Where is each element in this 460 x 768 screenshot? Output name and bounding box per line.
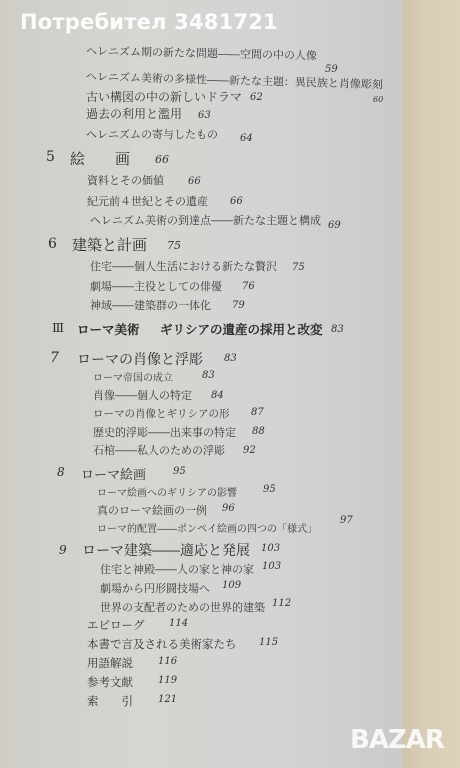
toc-entry: ヘレニズム期の新たな問題――空間の中の人像 bbox=[86, 43, 317, 64]
page-number: 75 bbox=[167, 239, 181, 252]
toc-entry: ローマ絵画へのギリシアの影響 bbox=[97, 484, 237, 499]
page-number: 112 bbox=[272, 598, 291, 609]
page-number: 121 bbox=[158, 694, 177, 705]
page-number: 103 bbox=[262, 561, 281, 572]
toc-entry: 参考文献 bbox=[87, 674, 133, 690]
toc-entry: ローマ的配置――ポンペイ絵画の四つの「様式」 bbox=[97, 520, 317, 535]
page-number: 62 bbox=[250, 92, 263, 103]
chapter-number: 9 bbox=[59, 543, 67, 557]
toc-entry: 紀元前４世紀とその遺産 bbox=[87, 193, 208, 209]
page-number: 97 bbox=[340, 515, 353, 526]
toc-entry: 石棺――私人のための浮彫 bbox=[93, 442, 225, 458]
chapter-title: ローマ建築――適応と発展 bbox=[82, 540, 250, 560]
page-number: 83 bbox=[224, 353, 237, 364]
toc-entry: 歴史的浮彫――出来事の特定 bbox=[93, 424, 236, 440]
chapter-title: ローマの肖像と浮彫 bbox=[77, 349, 203, 369]
toc-entry: 索 引 bbox=[87, 693, 133, 709]
page-number: 63 bbox=[198, 110, 211, 121]
toc-entry: 肖像――個人の特定 bbox=[93, 387, 192, 403]
user-watermark: Потребител 3481721 bbox=[20, 10, 278, 34]
toc-entry: ヘレニズム美術の到達点――新たな主題と構成 bbox=[90, 212, 321, 228]
toc-entry: 劇場から円形闘技場へ bbox=[100, 580, 210, 596]
page-number: 66 bbox=[230, 196, 243, 207]
toc-entry: ローマの肖像とギリシアの形 bbox=[93, 406, 230, 421]
chapter-number: 8 bbox=[57, 465, 65, 479]
page-number: 103 bbox=[261, 543, 280, 554]
page-edge bbox=[402, 0, 460, 768]
part-title: ローマ美術 bbox=[77, 320, 140, 338]
page-number: 95 bbox=[263, 484, 276, 495]
page-number: 83 bbox=[331, 324, 344, 335]
page-number: 79 bbox=[232, 300, 245, 311]
page-number: 114 bbox=[169, 618, 188, 629]
toc-entry: エピローグ bbox=[87, 617, 145, 633]
toc-entry: ローマ帝国の成立 bbox=[93, 369, 173, 384]
toc-entry: 過去の利用と濫用 bbox=[86, 105, 182, 122]
page-number: 92 bbox=[243, 445, 256, 456]
page-number: 88 bbox=[252, 426, 265, 437]
chapter-number: 6 bbox=[48, 236, 57, 252]
page-number: 60 bbox=[373, 95, 383, 104]
toc-entry: 本書で言及される美術家たち bbox=[87, 636, 237, 652]
page-number: 59 bbox=[325, 64, 338, 75]
chapter-title: 絵 画 bbox=[70, 148, 130, 169]
toc-entry: 古い構図の中の新しいドラマ bbox=[86, 88, 242, 105]
toc-entry: 用語解説 bbox=[87, 655, 133, 671]
page-number: 75 bbox=[292, 262, 305, 273]
table-of-contents: ヘレニズム期の新たな問題――空間の中の人像 59 ヘレニズム美術の多様性――新た… bbox=[0, 0, 400, 768]
toc-entry: 真のローマ絵画の一例 bbox=[97, 502, 207, 518]
page-number: 69 bbox=[328, 220, 341, 231]
part-subtitle: ギリシアの遺産の採用と改変 bbox=[160, 320, 323, 338]
toc-entry: 住宅と神殿――人の家と神の家 bbox=[100, 561, 254, 577]
toc-entry: 住宅――個人生活における新たな贅沢 bbox=[90, 258, 277, 274]
page-number: 95 bbox=[173, 466, 186, 477]
page-number: 109 bbox=[222, 580, 241, 591]
page-number: 87 bbox=[251, 407, 264, 418]
page-number: 66 bbox=[155, 153, 169, 166]
part-number: Ⅲ bbox=[52, 320, 64, 335]
page-number: 116 bbox=[158, 656, 177, 667]
bazar-logo: BAZAR bbox=[350, 725, 444, 755]
toc-entry: 世界の支配者のための世界的建築 bbox=[100, 599, 265, 615]
chapter-title: ローマ絵画 bbox=[81, 464, 146, 483]
page-number: 119 bbox=[158, 675, 177, 686]
page-number: 66 bbox=[188, 176, 201, 187]
chapter-number: 5 bbox=[46, 149, 55, 165]
chapter-title: 建築と計画 bbox=[72, 234, 147, 255]
toc-entry: 資料とその価値 bbox=[87, 172, 164, 188]
page-number: 83 bbox=[202, 370, 215, 381]
page-number: 115 bbox=[259, 637, 278, 648]
page-number: 76 bbox=[242, 281, 255, 292]
toc-entry: 神域――建築群の一体化 bbox=[90, 297, 211, 313]
toc-entry: 劇場――主役としての俳優 bbox=[90, 278, 222, 294]
page-number: 64 bbox=[240, 133, 253, 144]
chapter-number: 7 bbox=[50, 350, 59, 366]
toc-entry: ヘレニズムの寄与したもの bbox=[86, 126, 218, 142]
page-number: 96 bbox=[222, 503, 235, 514]
page-number: 84 bbox=[211, 390, 224, 401]
